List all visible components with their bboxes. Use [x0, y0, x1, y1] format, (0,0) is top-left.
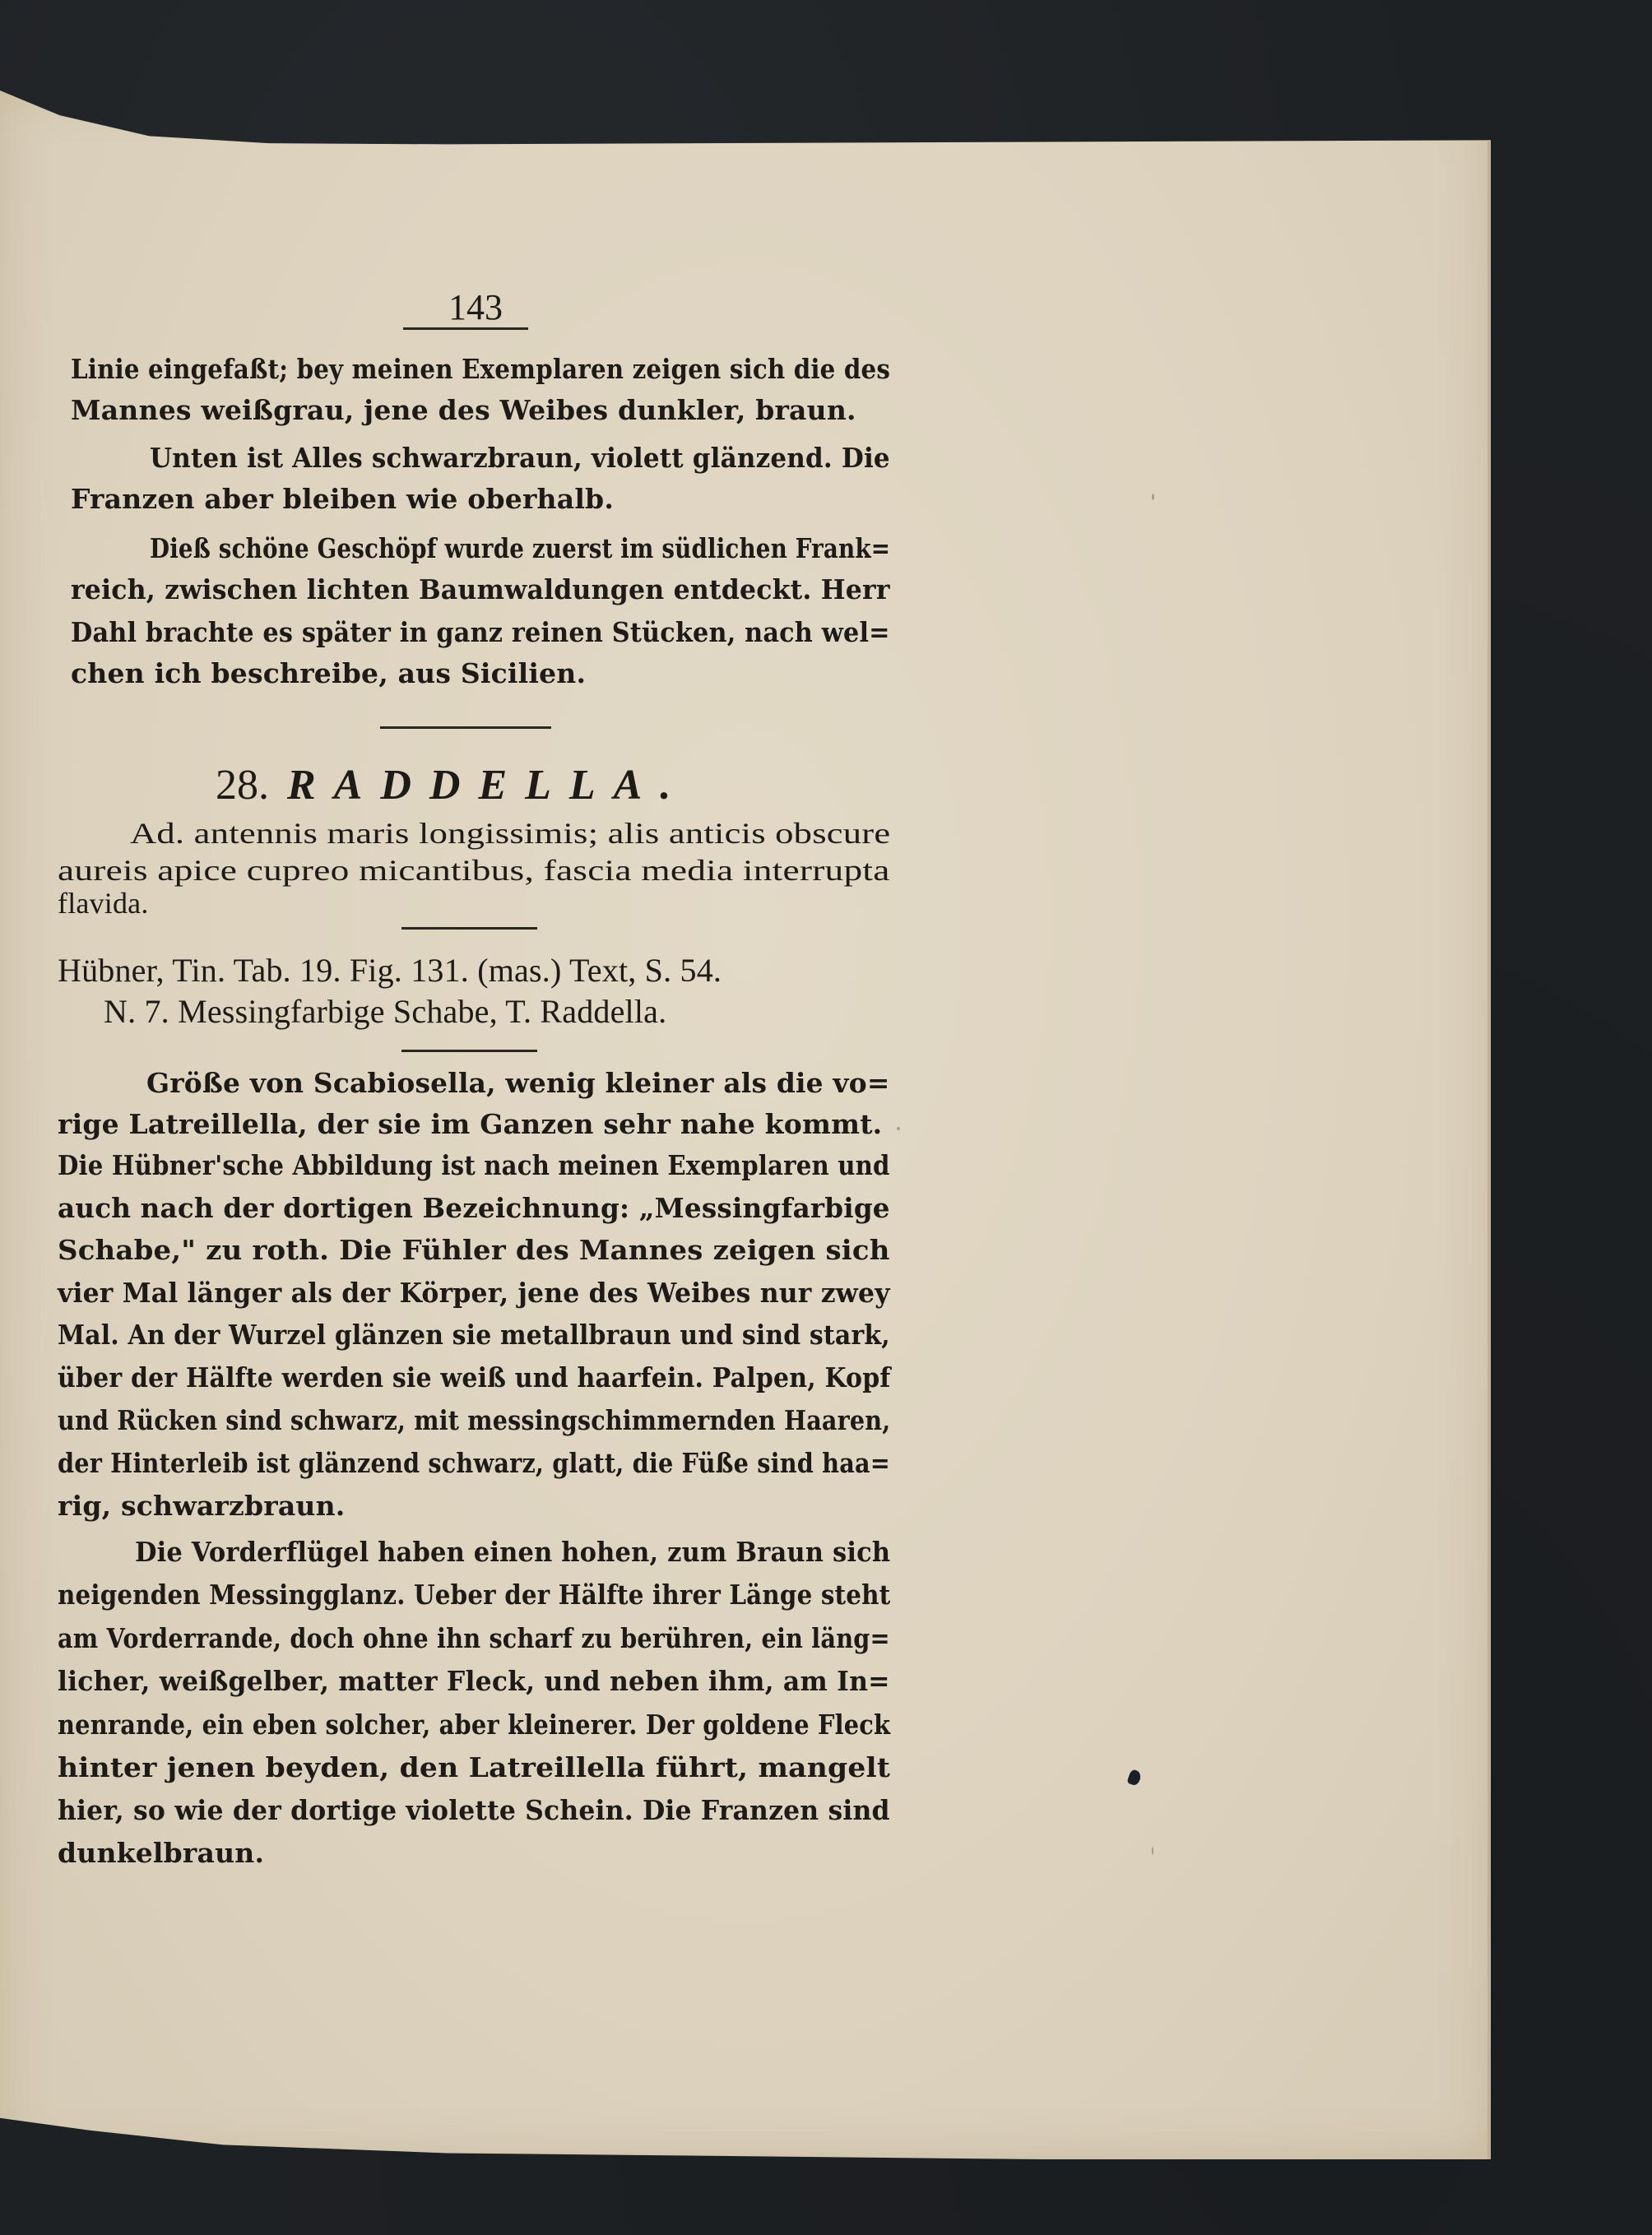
text-line: hier, so wie der dortige violette Schein… — [58, 1797, 890, 1824]
text-line: neigenden Messingglanz. Ueber der Hälfte… — [58, 1581, 890, 1608]
text-line: der Hinterleib ist glänzend schwarz, gla… — [58, 1449, 890, 1477]
text-line: nenrande, ein eben solcher, aber kleiner… — [58, 1711, 890, 1738]
text-line: reich, zwischen lichten Baumwaldungen en… — [71, 576, 890, 603]
ink-blot — [1126, 1769, 1142, 1787]
section-divider — [401, 1050, 537, 1052]
paper-speck — [897, 1127, 900, 1130]
text-line: vier Mal länger als der Körper, jene des… — [58, 1279, 890, 1306]
text-line: Größe von Scabiosella, wenig kleiner als… — [146, 1069, 890, 1097]
paper-speck — [1152, 1847, 1153, 1855]
latin-diagnosis-line: flavida. — [58, 888, 149, 918]
latin-diagnosis-line: aureis apice cupreo micantibus, fascia m… — [58, 856, 890, 885]
text-line: Dieß schöne Geschöpf wurde zuerst im süd… — [150, 535, 890, 562]
text-line: Mannes weißgrau, jene des Weibes dunkler… — [71, 396, 856, 424]
text-line: Franzen aber bleiben wie oberhalb. — [71, 485, 614, 512]
latin-diagnosis-line: Ad. antennis maris longissimis; alis ant… — [130, 818, 890, 848]
text-line: Die Hübner'sche Abbildung ist nach meine… — [58, 1152, 890, 1179]
text-line: Linie eingefaßt; bey meinen Exemplaren z… — [71, 355, 801, 383]
text-line: Schabe," zu roth. Die Fühler des Mannes … — [58, 1236, 890, 1264]
paper-speck — [1152, 494, 1154, 500]
page-content: 143 Linie eingefaßt; bey meinen Exemplar… — [0, 0, 1652, 2235]
section-divider — [380, 726, 551, 729]
text-line: Die Vorderflügel haben einen hohen, zum … — [135, 1538, 890, 1565]
text-line: Unten ist Alles schwarzbraun, violett gl… — [150, 444, 890, 471]
text-line: Dahl brachte es später in ganz reinen St… — [71, 619, 890, 646]
text-line: chen ich beschreibe, aus Sicilien. — [71, 660, 586, 687]
text-line: rig, schwarzbraun. — [58, 1492, 345, 1519]
page-number: 143 — [448, 286, 503, 328]
section-species-name: RADDELLA. — [287, 762, 689, 809]
text-line: auch nach der dortigen Bezeichnung: „Mes… — [58, 1194, 890, 1222]
reference-line: Hübner, Tin. Tab. 19. Fig. 131. (mas.) T… — [58, 954, 722, 987]
text-line: am Vorderrande, doch ohne ihn scharf zu … — [58, 1625, 890, 1652]
text-line: hinter jenen beyden, den Latreillella fü… — [58, 1754, 890, 1781]
header-rule — [403, 327, 528, 330]
text-line: rige Latreillella, der sie im Ganzen seh… — [58, 1111, 882, 1138]
section-number: 28. — [216, 762, 269, 809]
text-line: Mal. An der Wurzel glänzen sie metallbra… — [58, 1321, 890, 1348]
reference-line: N. 7. Messingfarbige Schabe, T. Raddella… — [104, 995, 666, 1028]
text-line: über der Hälfte werden sie weiß und haar… — [58, 1364, 890, 1391]
text-line: licher, weißgelber, matter Fleck, und ne… — [58, 1667, 890, 1695]
text-line: und Rücken sind schwarz, mit messingschi… — [58, 1407, 890, 1434]
section-divider — [401, 927, 537, 930]
section-heading: 28.RADDELLA. — [216, 761, 689, 809]
text-line: dunkelbraun. — [58, 1839, 264, 1866]
